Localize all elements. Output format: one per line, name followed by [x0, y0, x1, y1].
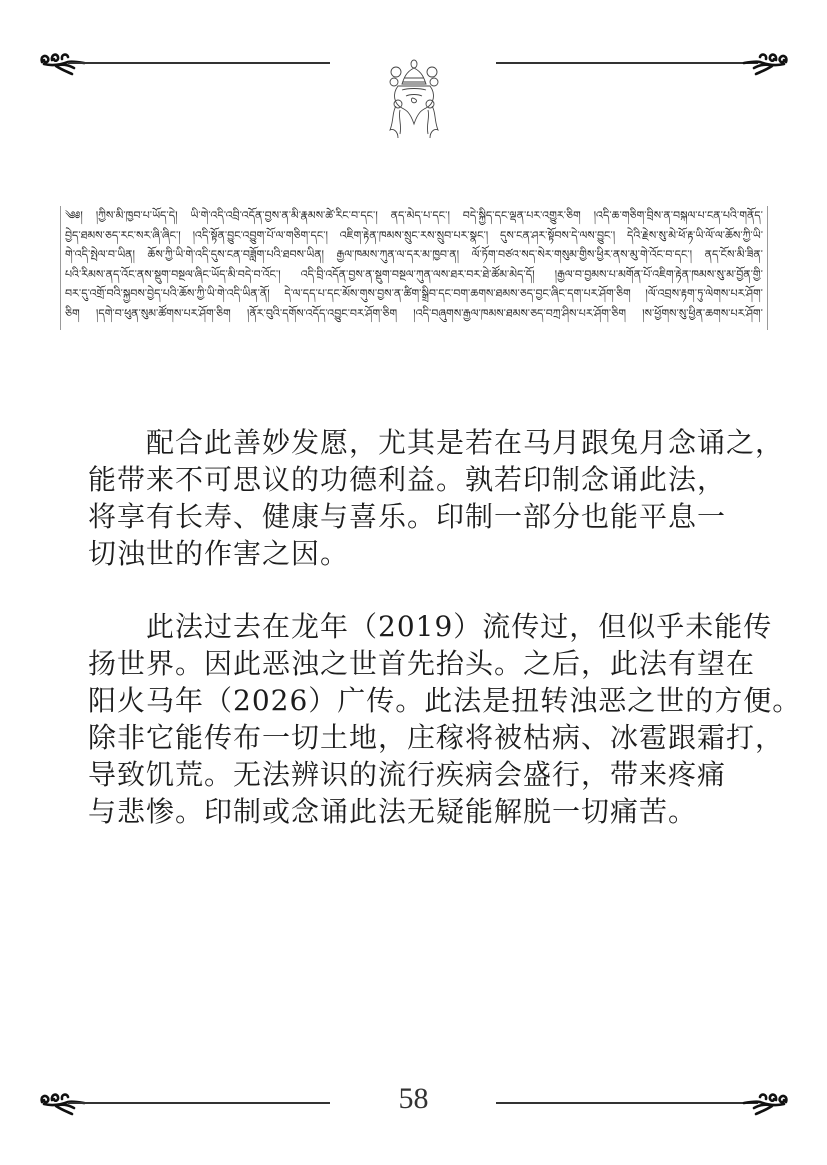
tibetan-line: བར་དུ་འགྲོ་བའི་སྐྱབས་བྱེད་པའི་ཆོས་ཀྱི་ཡི…	[65, 284, 763, 304]
tibetan-line: ༄༅། །ཀྱིས་མི་ཁྱབ་པ་ཡོད་དེ། ཡི་གེ་འདི་འབྲ…	[65, 206, 763, 226]
tibetan-line: བྱེད་ཐམས་ཅད་རང་སར་ཞི་ཞིང་། །འདི་སྟོན་བྱུ…	[65, 226, 763, 246]
tibetan-line: པའི་རིམས་ནད་འོང་ནས་སྡུག་བསྔལ་ཞིང་ཡོད་མི་…	[65, 265, 763, 285]
tibetan-line: གེ་འདི་སྤེལ་བ་ཡིན། ཆོས་ཀྱི་ཡི་གེ་འདི་དུས…	[65, 245, 763, 265]
page-number: 58	[0, 1082, 827, 1116]
paragraph-line: 与悲惨。印制或念诵此法无疑能解脱一切痛苦。	[88, 793, 768, 830]
flourish-right-icon	[742, 48, 790, 76]
paragraph-line: 配合此善妙发愿，尤其是若在马月跟兔月念诵之，	[88, 424, 768, 461]
paragraph-line: 能带来不可思议的功德利益。孰若印制念诵此法，	[88, 461, 768, 498]
paragraph-line: 将享有长寿、健康与喜乐。印制一部分也能平息一	[88, 498, 768, 535]
paragraph-line: 除非它能传布一切土地，庄稼将被枯病、冰雹跟霜打，	[88, 719, 768, 756]
header-ornament	[0, 32, 827, 92]
header-rule-right	[496, 62, 758, 64]
conch-shell-icon	[384, 58, 444, 140]
header-rule-left	[68, 62, 330, 64]
paragraph-line: 阳火马年（2026）广传。此法是扭转浊恶之世的方便。	[88, 682, 768, 719]
tibetan-line: ཅིག །དགེ་བ་ཕུན་སུམ་ཚོགས་པར་ཤོག་ཅིག །ནོར་…	[65, 304, 763, 324]
tibetan-text-block: ༄༅། །ཀྱིས་མི་ཁྱབ་པ་ཡོད་དེ། ཡི་གེ་འདི་འབྲ…	[60, 206, 768, 330]
paragraph-line: 扬世界。因此恶浊之世首先抬头。之后，此法有望在	[88, 645, 768, 682]
paragraph-2: 此法过去在龙年（2019）流传过，但似乎未能传 扬世界。因此恶浊之世首先抬头。之…	[88, 608, 768, 830]
paragraph-line: 导致饥荒。无法辨识的流行疾病会盛行，带来疼痛	[88, 756, 768, 793]
paragraph-line: 此法过去在龙年（2019）流传过，但似乎未能传	[88, 608, 768, 645]
paragraph-line: 切浊世的作害之因。	[88, 535, 768, 572]
paragraph-1: 配合此善妙发愿，尤其是若在马月跟兔月念诵之， 能带来不可思议的功德利益。孰若印制…	[88, 424, 768, 572]
